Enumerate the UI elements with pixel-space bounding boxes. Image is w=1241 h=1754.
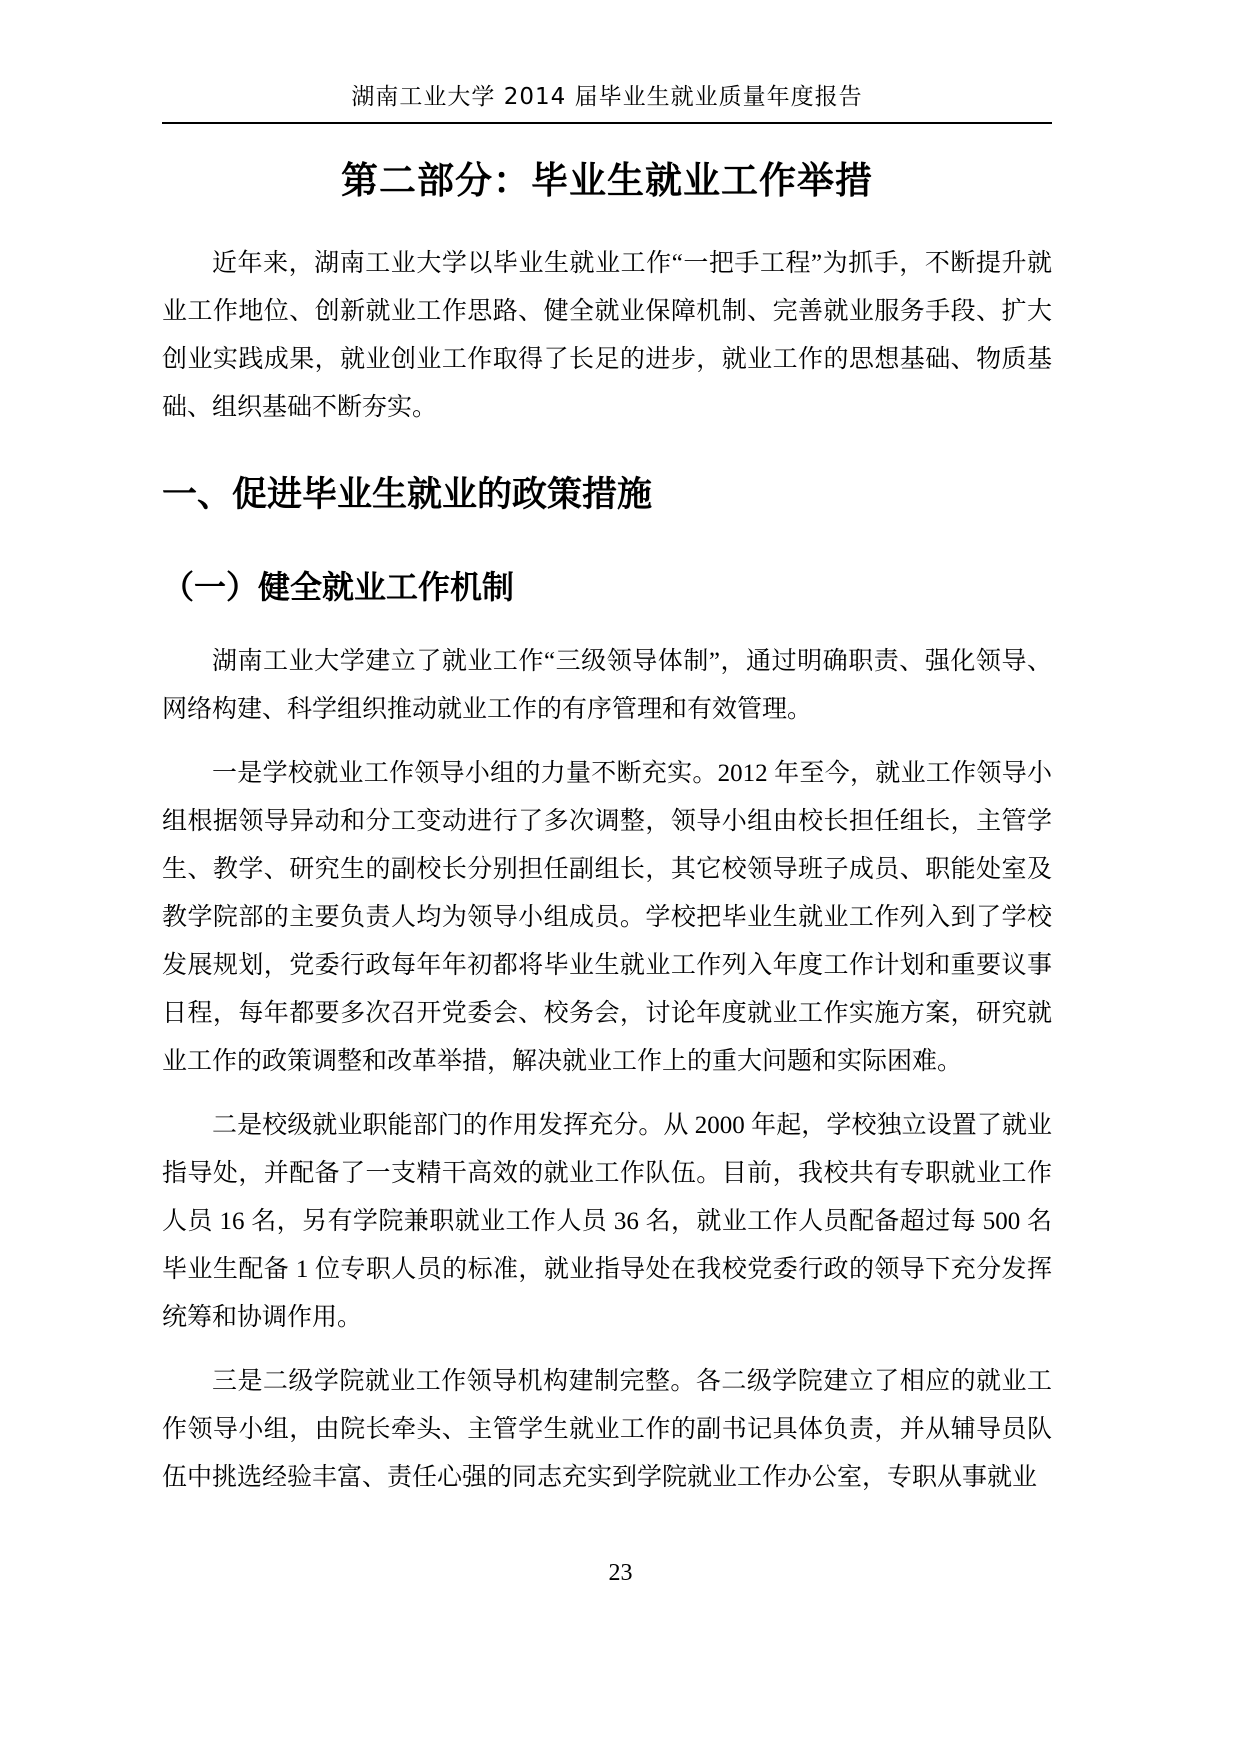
- body-paragraph-3: 二是校级就业职能部门的作用发挥充分。从 2000 年起，学校独立设置了就业指导处…: [162, 1102, 1052, 1342]
- header-rule: [162, 122, 1052, 124]
- section-1-heading: 一、促进毕业生就业的政策措施: [162, 470, 1052, 520]
- running-header: 湖南工业大学 2014 届毕业生就业质量年度报告: [162, 82, 1052, 112]
- page-title: 第二部分：毕业生就业工作举措: [162, 154, 1052, 208]
- document-page: 湖南工业大学 2014 届毕业生就业质量年度报告 第二部分：毕业生就业工作举措 …: [0, 0, 1241, 1754]
- body-paragraph-1: 湖南工业大学建立了就业工作“三级领导体制”，通过明确职责、强化领导、网络构建、科…: [162, 638, 1052, 734]
- page-number: 23: [0, 1558, 1241, 1588]
- page-content: 湖南工业大学 2014 届毕业生就业质量年度报告 第二部分：毕业生就业工作举措 …: [162, 0, 1052, 1502]
- body-paragraph-2: 一是学校就业工作领导小组的力量不断充实。2012 年至今，就业工作领导小组根据领…: [162, 750, 1052, 1086]
- intro-paragraph: 近年来，湖南工业大学以毕业生就业工作“一把手工程”为抓手，不断提升就业工作地位、…: [162, 240, 1052, 432]
- body-paragraph-4: 三是二级学院就业工作领导机构建制完整。各二级学院建立了相应的就业工作领导小组，由…: [162, 1358, 1052, 1502]
- subsection-1-heading: （一）健全就业工作机制: [162, 564, 1052, 610]
